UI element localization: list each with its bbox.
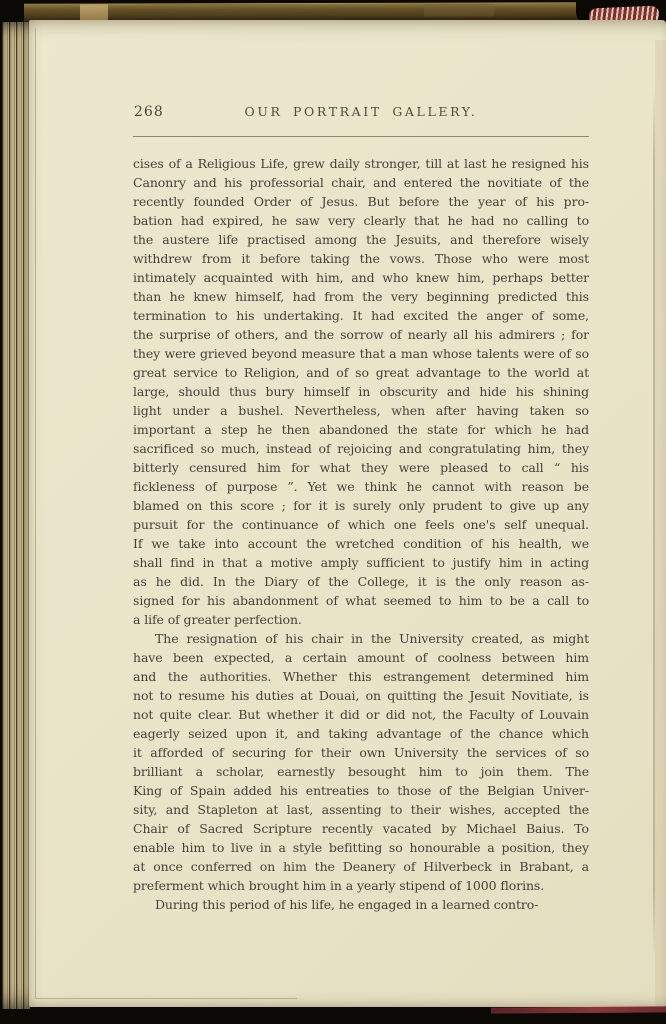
book-scan: 268 OUR PORTRAIT GALLERY. cises of a Rel… — [0, 0, 666, 1024]
text-line: termination to his undertaking. It had e… — [133, 306, 589, 325]
page-crease — [653, 90, 655, 957]
text-line: King of Spain added his entreaties to th… — [133, 781, 589, 800]
body-text: cises of a Religious Life, grew daily st… — [133, 154, 589, 914]
fore-edge-strip — [655, 40, 666, 1007]
text-line: blamed on this score ; for it is surely … — [133, 496, 589, 515]
text-line: shall find in that a motive amply suffic… — [133, 553, 589, 572]
text-line: the surprise of others, and the sorrow o… — [133, 325, 589, 344]
text-line: pursuit for the continuance of which one… — [133, 515, 589, 534]
text-line: a life of greater perfection. — [133, 610, 589, 629]
text-line: signed for his abandonment of what seeme… — [133, 591, 589, 610]
header-rule — [133, 136, 589, 137]
text-line: bation had expired, he saw very clearly … — [133, 211, 589, 230]
running-header: 268 OUR PORTRAIT GALLERY. — [133, 104, 589, 122]
text-line: eagerly seized upon it, and taking advan… — [133, 724, 589, 743]
text-line: During this period of his life, he engag… — [133, 895, 589, 914]
text-line: withdrew from it before taking the vows.… — [133, 249, 589, 268]
text-line: The resignation of his chair in the Univ… — [133, 629, 589, 648]
text-line: Chair of Sacred Scripture recently vacat… — [133, 819, 589, 838]
text-line: important a step he then abandoned the s… — [133, 420, 589, 439]
text-line: and the authorities. Whether this estran… — [133, 667, 589, 686]
text-line: large, should thus bury himself in obscu… — [133, 382, 589, 401]
stacked-page-edges — [2, 22, 30, 1009]
page-number: 268 — [134, 104, 164, 120]
top-edge-wear-patch — [424, 4, 494, 17]
text-line: recently founded Order of Jesus. But bef… — [133, 192, 589, 211]
text-line: at once conferred on him the Deanery of … — [133, 857, 589, 876]
bottom-binding-sliver — [491, 1006, 666, 1013]
paragraph: The resignation of his chair in the Univ… — [133, 629, 589, 895]
text-line: cises of a Religious Life, grew daily st… — [133, 154, 589, 173]
text-line: they were grieved beyond measure that a … — [133, 344, 589, 363]
printed-content: 268 OUR PORTRAIT GALLERY. cises of a Rel… — [133, 104, 589, 914]
text-line: it afforded of securing for their own Un… — [133, 743, 589, 762]
running-title: OUR PORTRAIT GALLERY. — [133, 104, 589, 119]
text-line: the austere life practised among the Jes… — [133, 230, 589, 249]
text-line: light under a bushel. Nevertheless, when… — [133, 401, 589, 420]
text-line: enable him to live in a style befitting … — [133, 838, 589, 857]
text-line: than he knew himself, had from the very … — [133, 287, 589, 306]
text-line: intimately acquainted with him, and who … — [133, 268, 589, 287]
text-line: as he did. In the Diary of the College, … — [133, 572, 589, 591]
text-line: brilliant a scholar, earnestly besought … — [133, 762, 589, 781]
text-line: great service to Religion, and of so gre… — [133, 363, 589, 382]
text-line: have been expected, a certain amount of … — [133, 648, 589, 667]
text-line: If we take into account the wretched con… — [133, 534, 589, 553]
paragraph: During this period of his life, he engag… — [133, 895, 589, 914]
text-line: bitterly censured him for what they were… — [133, 458, 589, 477]
text-line: Canonry and his professorial chair, and … — [133, 173, 589, 192]
text-line: preferment which brought him in a yearly… — [133, 876, 589, 895]
text-line: sity, and Stapleton at last, assenting t… — [133, 800, 589, 819]
paragraph: cises of a Religious Life, grew daily st… — [133, 154, 589, 629]
text-line: not to resume his duties at Douai, on qu… — [133, 686, 589, 705]
book-page: 268 OUR PORTRAIT GALLERY. cises of a Rel… — [29, 20, 666, 1007]
text-line: sacrificed so much, instead of rejoicing… — [133, 439, 589, 458]
text-line: not quite clear. But whether it did or d… — [133, 705, 589, 724]
text-line: fickleness of purpose ”. Yet we think he… — [133, 477, 589, 496]
